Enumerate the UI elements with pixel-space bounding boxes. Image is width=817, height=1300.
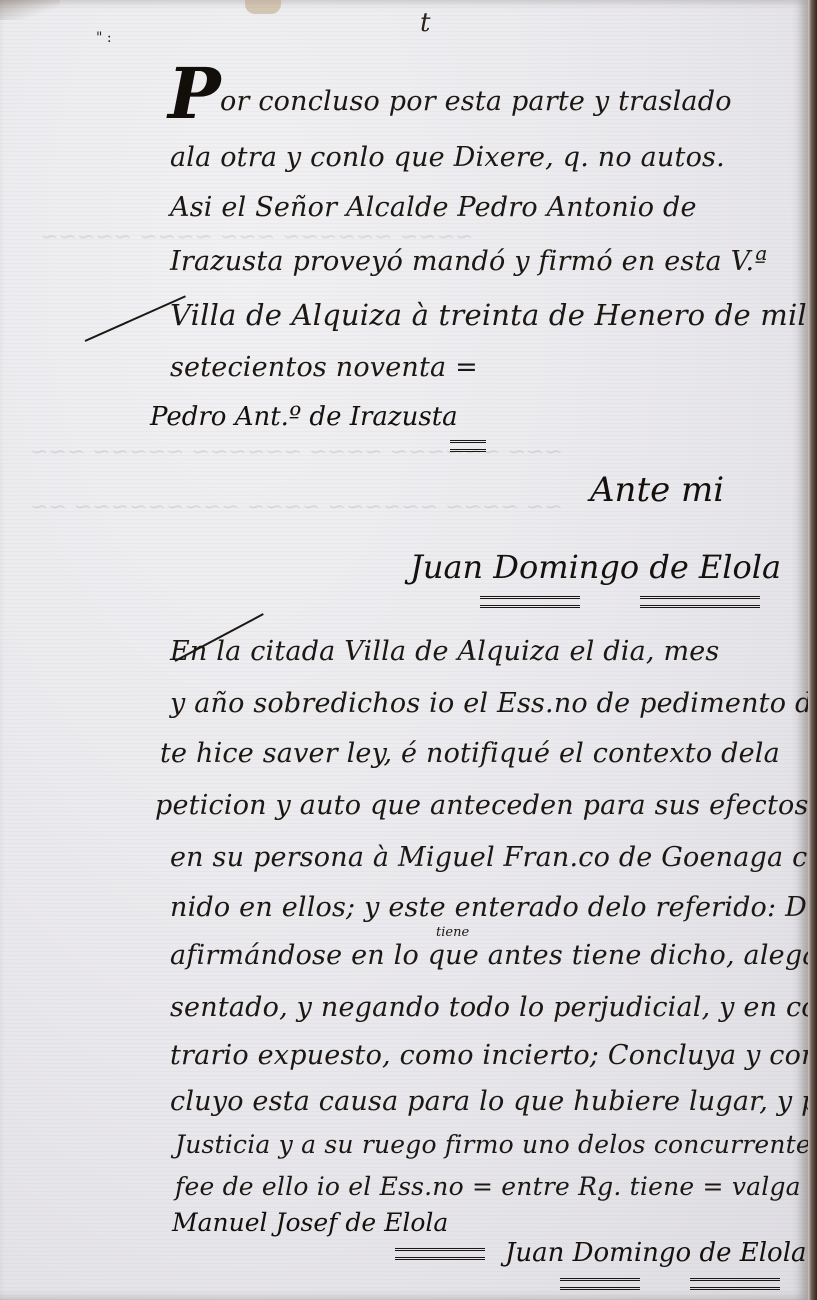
notification-line: peticion y auto que anteceden para sus e… [155,790,817,821]
decree-line: setecientos noventa = [170,352,478,383]
rubric-flourish [450,440,486,452]
paper-stain [245,0,281,14]
rubric-flourish [480,596,580,608]
notification-line: nido en ellos; y este enterado delo refe… [170,892,817,923]
notification-line: En la citada Villa de Alquiza el dia, me… [170,636,719,667]
corner-mark: " : [96,30,112,46]
manuscript-page: ~~~~ ~~~~~~ ~~~ ~~~~ ~~~~~ ~~~ ~~~~~~ ~~… [0,0,808,1300]
ante-mi-label: Ante mi [590,470,724,510]
notification-line: sentado, y negando todo lo perjudicial, … [170,992,817,1023]
corner-wear [0,0,60,20]
rubric-flourish [560,1278,640,1290]
decree-line: ala otra y conlo que Dixere, q. no autos… [170,142,725,173]
interlinear-insertion: tiene [436,925,469,940]
notification-line: fee de ello io el Ess.no = entre Rg. tie… [175,1172,817,1201]
signature-witness: Manuel Josef de Elola [172,1208,448,1237]
signature-alcalde: Pedro Ant.º de Irazusta [150,402,458,432]
notification-line: Justicia y a su ruego firmo uno delos co… [175,1130,817,1159]
notification-line: afirmándose en lo que antes tiene dicho,… [170,940,817,971]
notification-line: te hice saver ley, é notifiqué el contex… [160,738,780,769]
signature-escribano: Juan Domingo de Elola [505,1238,807,1268]
folio-mark: t [420,8,430,38]
notification-line: en su persona à Miguel Fran.co de Goenag… [170,842,817,873]
decree-line: or concluso por esta parte y traslado [220,86,732,117]
page-edge [808,0,817,1300]
notification-line: cluyo esta causa para lo que hubiere lug… [170,1086,817,1117]
rubric-flourish [640,596,760,608]
decree-line: Villa de Alquiza à treinta de Henero de … [170,298,807,332]
bleed-through-text: ~~ ~~~~ ~~~~~~ ~~~~ ~~~~~~~~~ ~~ [30,495,563,520]
decorated-initial: P [168,52,221,135]
signature-escribano: Juan Domingo de Elola [410,548,781,586]
decree-line: Asi el Señor Alcalde Pedro Antonio de [170,192,697,223]
rubric-flourish [690,1278,780,1290]
decree-line: Irazusta proveyó mandó y firmó en esta V… [170,246,767,277]
notification-line: y año sobredichos io el Ess.no de pedime… [170,688,817,719]
rubric-flourish [395,1248,485,1260]
notification-line: trario expuesto, como incierto; Concluya… [170,1040,817,1071]
